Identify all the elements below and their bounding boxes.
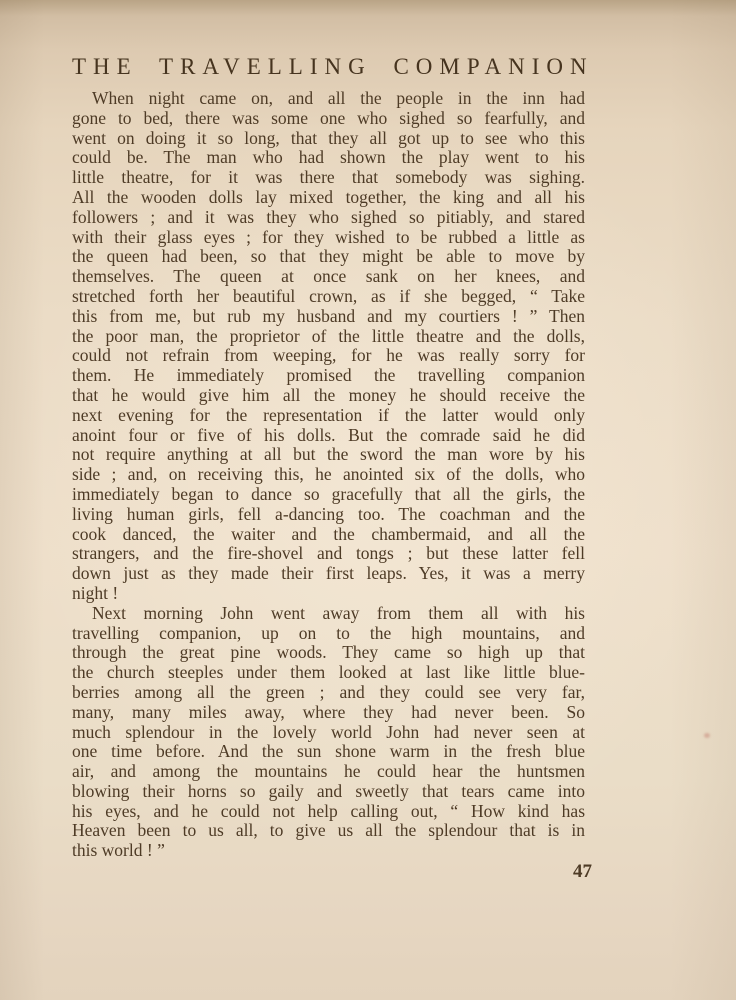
text-line: little theatre, for it was there that so… [72,168,585,188]
text-line: travelling companion, up on to the high … [72,624,585,644]
text-line: much splendour in the lovely world John … [72,723,585,743]
body-text: When night came on, and all the people i… [72,89,585,861]
text-line: air, and among the mountains he could he… [72,762,585,782]
text-line: Heaven been to us all, to give us all th… [72,821,585,841]
text-line: not require anything at all but the swor… [72,445,585,465]
text-line: Next morning John went away from them al… [72,604,585,624]
text-line: the poor man, the proprietor of the litt… [72,327,585,347]
text-line: night ! [72,584,585,604]
text-line: side ; and, on receiving this, he anoint… [72,465,585,485]
paper-speck [704,733,710,738]
text-line: his eyes, and he could not help calling … [72,802,585,822]
text-line: immediately began to dance so gracefully… [72,485,585,505]
text-line: followers ; and it was they who sighed s… [72,208,585,228]
text-line: the queen had been, so that they might b… [72,247,585,267]
text-line: this world ! ” [72,841,585,861]
text-line: them. He immediately promised the travel… [72,366,585,386]
text-line: this from me, but rub my husband and my … [72,307,585,327]
text-line: the church steeples under them looked at… [72,663,585,683]
text-line: anoint four or five of his dolls. But th… [72,426,585,446]
text-line: themselves. The queen at once sank on he… [72,267,585,287]
text-line: that he would give him all the money he … [72,386,585,406]
text-line: down just as they made their first leaps… [72,564,585,584]
text-line: strangers, and the fire-shovel and tongs… [72,544,585,564]
text-line: stretched forth her beautiful crown, as … [72,287,585,307]
text-line: When night came on, and all the people i… [72,89,585,109]
text-line: blowing their horns so gaily and sweetly… [72,782,585,802]
text-line: berries among all the green ; and they c… [72,683,585,703]
text-line: many, many miles away, where they had ne… [72,703,585,723]
text-line: through the great pine woods. They came … [72,643,585,663]
text-line: one time before. And the sun shone warm … [72,742,585,762]
text-line: went on doing it so long, that they all … [72,129,585,149]
text-line: could not refrain from weeping, for he w… [72,346,585,366]
page-number: 47 [72,861,592,883]
paragraph: When night came on, and all the people i… [72,89,585,604]
paragraph: Next morning John went away from them al… [72,604,585,861]
text-line: gone to bed, there was some one who sigh… [72,109,585,129]
book-page: THE TRAVELLING COMPANION When night came… [0,0,736,1000]
text-line: living human girls, fell a-dancing too. … [72,505,585,525]
text-line: All the wooden dolls lay mixed together,… [72,188,585,208]
text-line: could be. The man who had shown the play… [72,148,585,168]
text-line: cook danced, the waiter and the chamberm… [72,525,585,545]
text-line: next evening for the representation if t… [72,406,585,426]
page-title: THE TRAVELLING COMPANION [72,54,585,80]
text-line: with their glass eyes ; for they wished … [72,228,585,248]
